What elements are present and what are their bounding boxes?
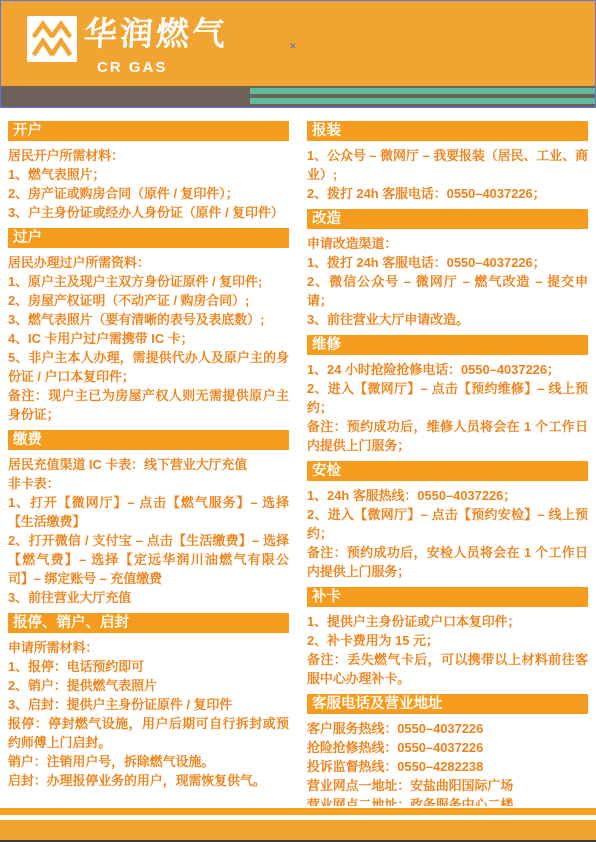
body-line: 4、IC 卡用户过户需携带 IC 卡； (8, 329, 289, 348)
info-section: 过户 居民办理过户所需资料：1、原户主及现户主双方身份证原件 / 复印件;2、房… (8, 228, 289, 424)
body-line: 居民开户所需材料： (8, 146, 289, 165)
body-line: 1、提供户主身份证或户口本复印件； (307, 612, 588, 631)
section-body: 申请改造渠道：1、拨打 24h 客服电话：0550–4037226；2、微信公众… (307, 234, 588, 329)
body-line: 营业网点二地址：政务服务中心二楼 (307, 795, 588, 806)
stripe-gray-block (0, 86, 250, 107)
section-title: 补卡 (312, 589, 341, 605)
brand-name-en: CR GAS (97, 59, 228, 76)
info-section: 开户 居民开户所需材料：1、燃气表照片；2、房产证或购房合同（原件 / 复印件）… (8, 121, 289, 222)
body-line: 1、24h 客服热线：0550–4037226； (307, 486, 588, 505)
body-line: 非卡表： (8, 474, 289, 493)
section-title: 报停、销户、启封 (13, 615, 129, 631)
body-line: 投诉监督热线：0550–4282238 (307, 757, 588, 776)
body-line: 2、进入【微网厅】– 点击【预约维修】– 线上预约； (307, 379, 588, 417)
body-line: 1、原户主及现户主双方身份证原件 / 复印件; (8, 272, 289, 291)
body-line: 1、24 小时抢险抢修电话：0550–4037226； (307, 360, 588, 379)
body-line: 2、拨打 24h 客服电话：0550–4037226； (307, 184, 588, 203)
body-line: 备注：预约成功后，安检人员将会在 1 个工作日内提供上门服务； (307, 543, 588, 581)
section-body: 居民办理过户所需资料：1、原户主及现户主双方身份证原件 / 复印件;2、房屋产权… (8, 253, 289, 424)
anchor-cross-icon: ✕ (289, 42, 297, 51)
section-title: 过户 (13, 230, 42, 246)
body-line: 3、前往营业大厅申请改造。 (307, 310, 588, 329)
divider-stripes (0, 86, 596, 107)
brand-name-cn: 华润燃气 (83, 16, 229, 52)
body-line: 2、微信公众号 – 微网厅 – 燃气改造 – 提交申请； (307, 272, 588, 310)
footer-stripe-thick (0, 820, 596, 842)
section-body: 1、公众号 – 微网厅 – 我要报装（居民、工业、商业）;2、拨打 24h 客服… (307, 146, 588, 203)
section-title: 安检 (312, 463, 341, 479)
body-line: 居民充值渠道 IC 卡表：线下营业大厅充值 (8, 455, 289, 474)
section-title: 改造 (312, 211, 341, 227)
body-line: 5、非户主本人办理，需提供代办人及原户主的身份证 / 户口本复印件； (8, 348, 289, 386)
section-header: 改造 (307, 209, 588, 229)
body-line: 2、补卡费用为 15 元； (307, 631, 588, 650)
section-header: 安检 (307, 461, 588, 481)
info-section: 补卡 1、提供户主身份证或户口本复印件；2、补卡费用为 15 元；备注：丢失燃气… (307, 587, 588, 688)
section-header: 报停、销户、启封 (8, 613, 289, 633)
cr-gas-logo-icon (27, 16, 77, 62)
section-title: 开户 (13, 123, 42, 139)
section-body: 1、24 小时抢险抢修电话：0550–4037226；2、进入【微网厅】– 点击… (307, 360, 588, 455)
body-line: 客户服务热线：0550–4037226 (307, 719, 588, 738)
left-column: 开户 居民开户所需材料：1、燃气表照片；2、房产证或购房合同（原件 / 复印件）… (8, 121, 289, 806)
stripe-teal-lines (250, 86, 596, 107)
body-line: 3、燃气表照片（要有清晰的表号及表底数）; (8, 310, 289, 329)
info-section: 缴费 居民充值渠道 IC 卡表：线下营业大厅充值非卡表：1、打开【微网厅】– 点… (8, 430, 289, 607)
section-header: 缴费 (8, 430, 289, 450)
service-info-poster: 华润燃气 CR GAS ✕ 开户 居民开户所需材料：1、燃气表照片；2、房产证或… (0, 0, 596, 842)
right-column: 报装 1、公众号 – 微网厅 – 我要报装（居民、工业、商业）;2、拨打 24h… (307, 121, 588, 806)
body-line: 2、房屋产权证明（不动产证 / 购房合同）; (8, 291, 289, 310)
body-line: 1、打开【微网厅】– 点击【燃气服务】– 选择【生活缴费】 (8, 493, 289, 531)
body-line: 1、公众号 – 微网厅 – 我要报装（居民、工业、商业）; (307, 146, 588, 184)
header-banner: 华润燃气 CR GAS ✕ (0, 0, 596, 86)
content-area: 开户 居民开户所需材料：1、燃气表照片；2、房产证或购房合同（原件 / 复印件）… (8, 121, 588, 806)
body-line: 备注：现户主已为房屋产权人则无需提供原户主身份证； (8, 386, 289, 424)
section-header: 报装 (307, 121, 588, 141)
section-title: 报装 (312, 123, 341, 139)
section-title: 客服电话及营业地址 (312, 696, 443, 712)
body-line: 营业网点一地址：安盐曲阳国际广场 (307, 776, 588, 795)
body-line: 1、燃气表照片； (8, 165, 289, 184)
body-line: 备注：预约成功后，维修人员将会在 1 个工作日内提供上门服务； (307, 417, 588, 455)
info-section: 报装 1、公众号 – 微网厅 – 我要报装（居民、工业、商业）;2、拨打 24h… (307, 121, 588, 203)
section-header: 维修 (307, 335, 588, 355)
brand-text-block: 华润燃气 CR GAS (84, 16, 228, 76)
body-line: 1、拨打 24h 客服电话：0550–4037226； (307, 253, 588, 272)
brand-logo: 华润燃气 CR GAS (27, 16, 228, 76)
body-line: 申请改造渠道： (307, 234, 588, 253)
body-line: 2、销户：提供燃气表照片 (8, 676, 289, 695)
section-header: 开户 (8, 121, 289, 141)
section-body: 客户服务热线：0550–4037226抢险抢修热线：0550–4037226投诉… (307, 719, 588, 806)
info-section: 改造 申请改造渠道：1、拨打 24h 客服电话：0550–4037226；2、微… (307, 209, 588, 329)
body-line: 2、打开微信 / 支付宝 – 点击【生活缴费】– 选择【燃气费】– 选择【定远华… (8, 531, 289, 588)
body-line: 启封：办理报停业务的用户，现需恢复供气。 (8, 771, 289, 790)
section-body: 申请所需材料：1、报停：电话预约即可2、销户：提供燃气表照片3、启封：提供户主身… (8, 638, 289, 790)
section-body: 1、提供户主身份证或户口本复印件；2、补卡费用为 15 元；备注：丢失燃气卡后，… (307, 612, 588, 688)
body-line: 备注：丢失燃气卡后，可以携带以上材料前往客服中心办理补卡。 (307, 650, 588, 688)
body-line: 3、启封：提供户主身份证原件 / 复印件 (8, 695, 289, 714)
footer-stripe-thin (0, 808, 596, 815)
body-line: 销户：注销用户号，拆除燃气设施。 (8, 752, 289, 771)
body-line: 申请所需材料： (8, 638, 289, 657)
body-line: 2、进入【微网厅】– 点击【预约安检】– 线上预约； (307, 505, 588, 543)
body-line: 居民办理过户所需资料： (8, 253, 289, 272)
body-line: 报停：停封燃气设施，用户后期可自行拆封或预约师傅上门启封。 (8, 714, 289, 752)
section-header: 过户 (8, 228, 289, 248)
section-title: 缴费 (13, 432, 42, 448)
info-section: 维修 1、24 小时抢险抢修电话：0550–4037226；2、进入【微网厅】–… (307, 335, 588, 455)
info-section: 安检 1、24h 客服热线：0550–4037226；2、进入【微网厅】– 点击… (307, 461, 588, 581)
body-line: 3、户主身份证或经办人身份证（原件 / 复印件） (8, 203, 289, 222)
section-body: 居民充值渠道 IC 卡表：线下营业大厅充值非卡表：1、打开【微网厅】– 点击【燃… (8, 455, 289, 607)
info-section: 客服电话及营业地址 客户服务热线：0550–4037226抢险抢修热线：0550… (307, 694, 588, 806)
section-body: 居民开户所需材料：1、燃气表照片；2、房产证或购房合同（原件 / 复印件）；3、… (8, 146, 289, 222)
section-header: 客服电话及营业地址 (307, 694, 588, 714)
body-line: 抢险抢修热线：0550–4037226 (307, 738, 588, 757)
section-body: 1、24h 客服热线：0550–4037226；2、进入【微网厅】– 点击【预约… (307, 486, 588, 581)
info-section: 报停、销户、启封 申请所需材料：1、报停：电话预约即可2、销户：提供燃气表照片3… (8, 613, 289, 790)
body-line: 3、前往营业大厅充值 (8, 588, 289, 607)
body-line: 2、房产证或购房合同（原件 / 复印件）； (8, 184, 289, 203)
section-header: 补卡 (307, 587, 588, 607)
body-line: 1、报停：电话预约即可 (8, 657, 289, 676)
section-title: 维修 (312, 337, 341, 353)
